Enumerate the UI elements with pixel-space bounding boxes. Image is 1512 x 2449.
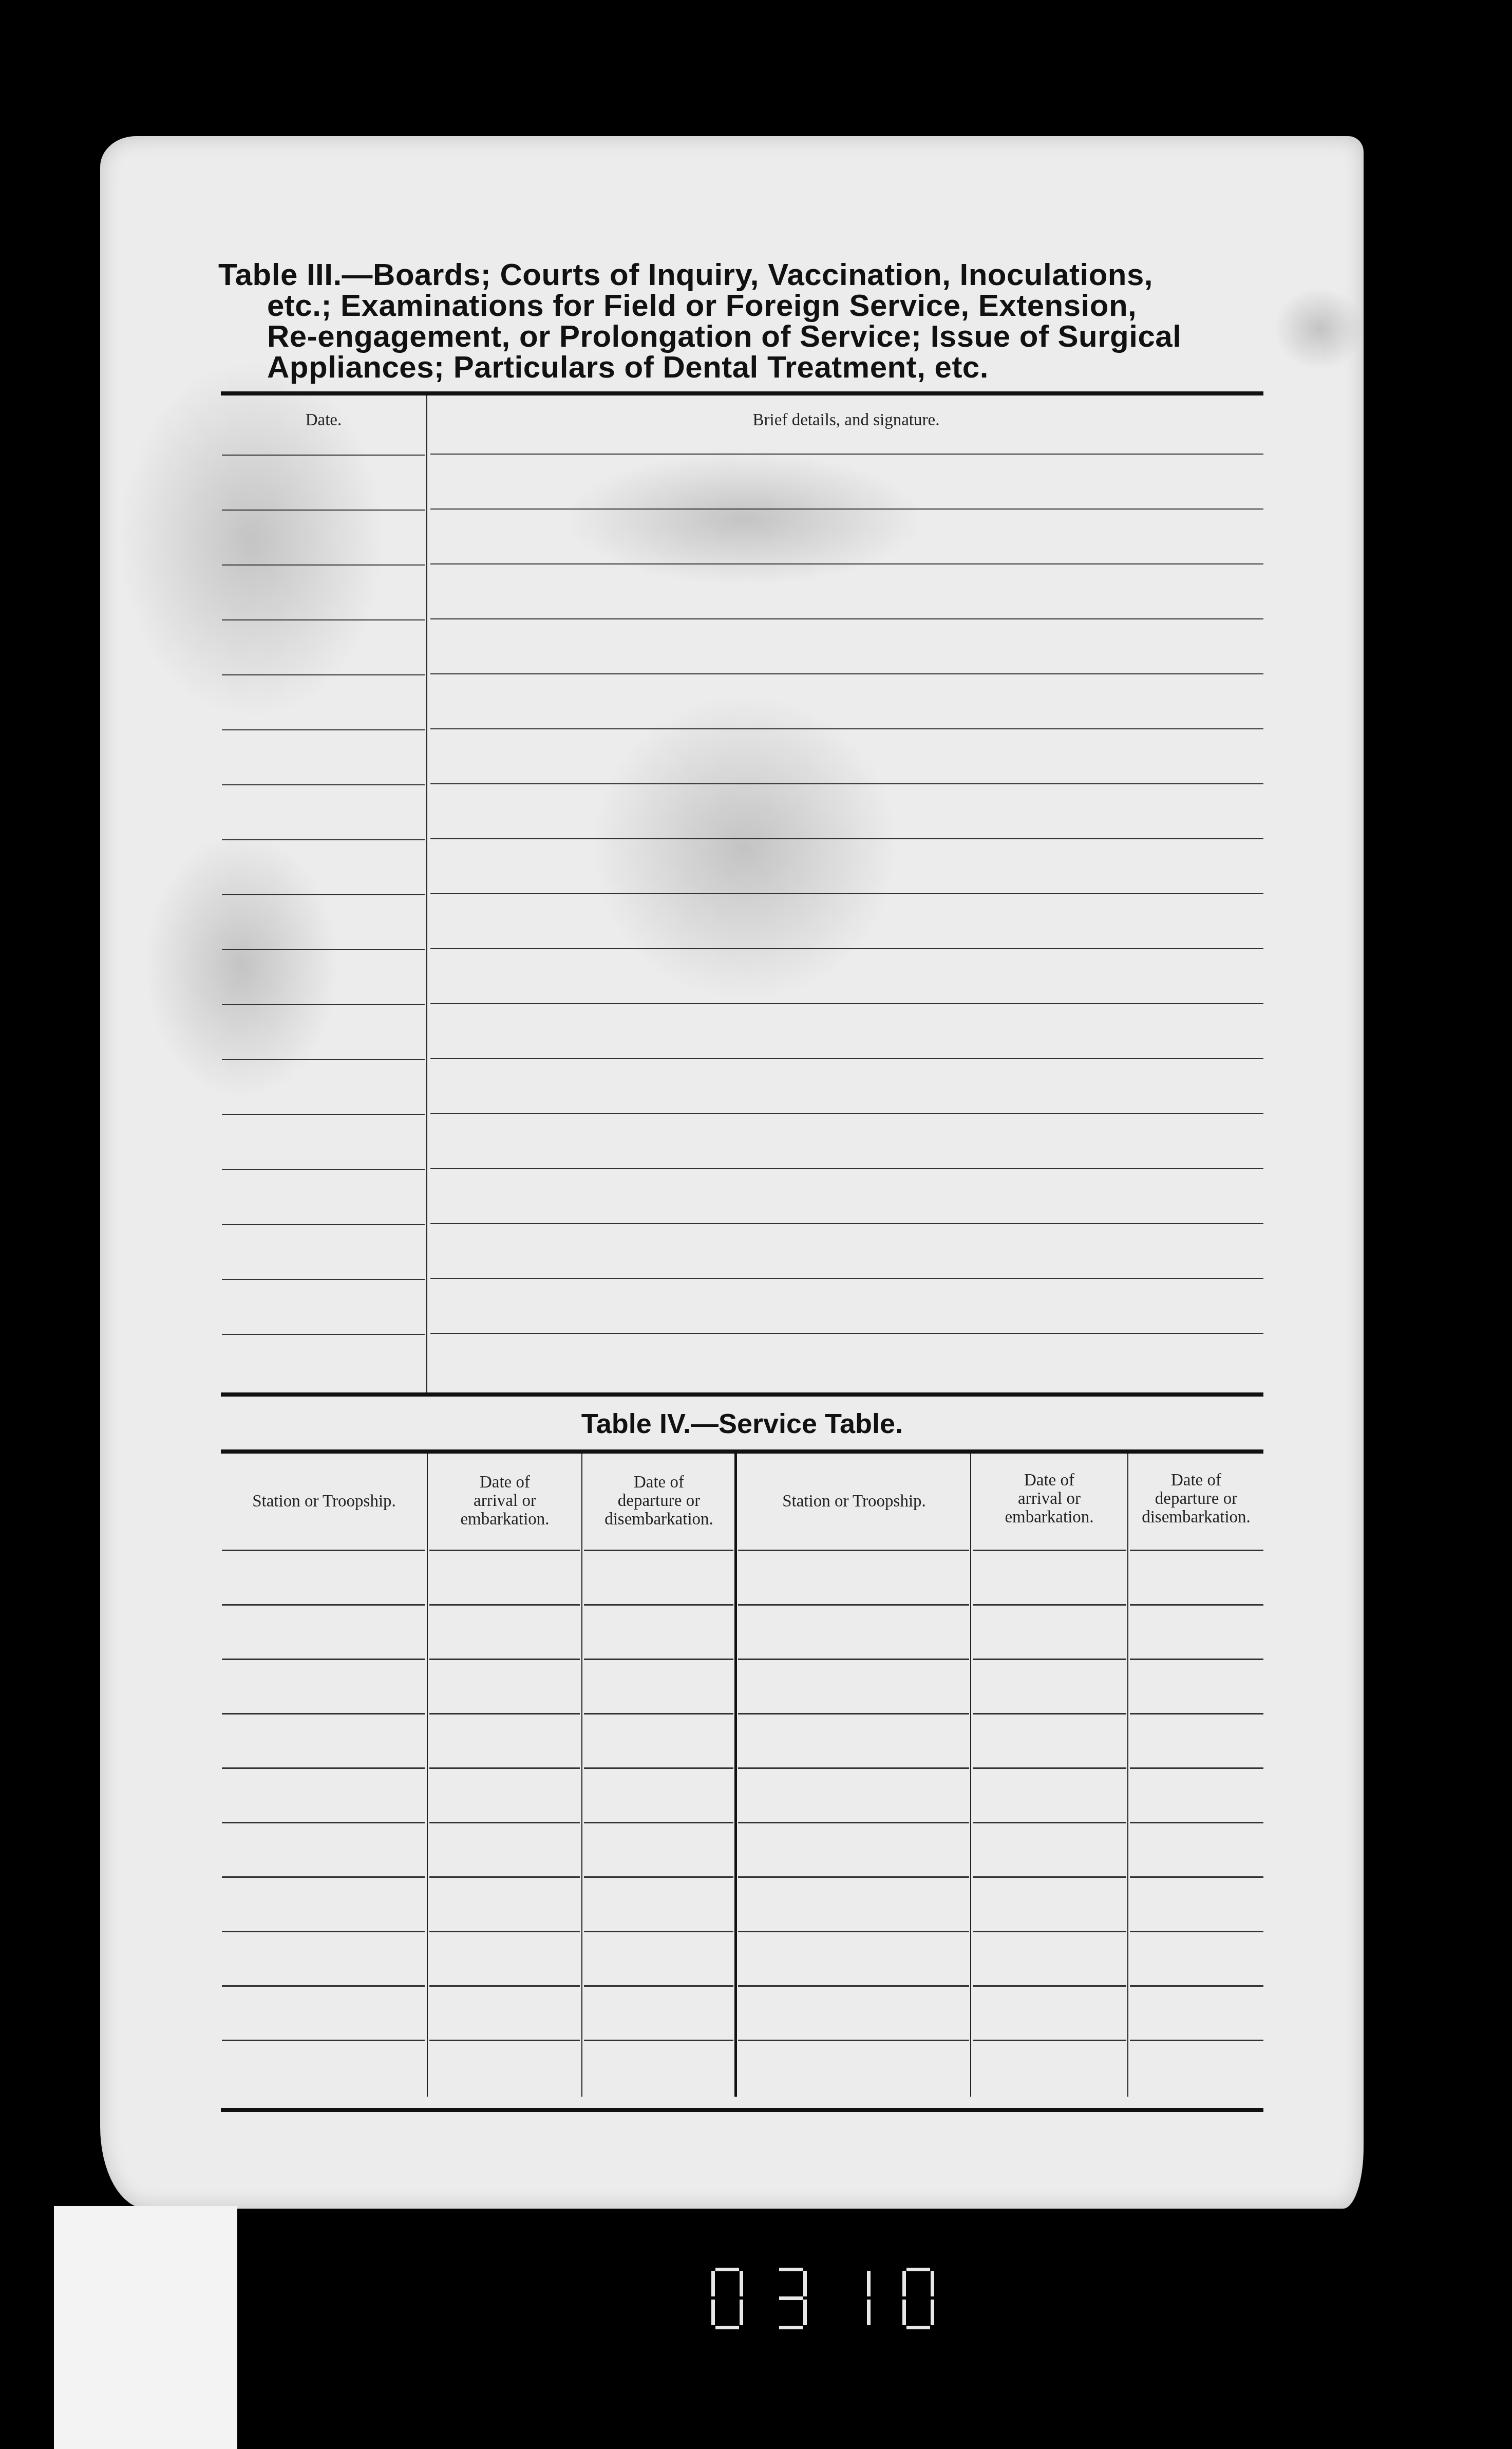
table3-row-rule <box>430 893 1263 894</box>
table3-row-rule <box>222 510 425 511</box>
table3-row-rule <box>430 618 1263 619</box>
table4-row-rule <box>429 1713 580 1715</box>
table3-row-rule <box>430 673 1263 674</box>
table4-row-rule <box>429 1985 580 1987</box>
table4-top-rule <box>221 1449 1263 1454</box>
table4-row-rule <box>973 1931 1126 1932</box>
table4-row-rule <box>1130 1550 1263 1551</box>
table4-row-rule <box>222 1985 425 1987</box>
table3-title-line-2: etc.; Examinations for Field or Foreign … <box>218 290 1266 321</box>
table3-row-rule <box>430 1058 1263 1059</box>
table4-row-rule <box>222 1876 425 1878</box>
table4-row-rule <box>738 2040 969 2041</box>
table3-row-rule <box>430 728 1263 729</box>
table4-row-rule <box>222 1822 425 1823</box>
table4-divider-4 <box>970 1454 971 2097</box>
table3-row-rule <box>222 1059 425 1060</box>
table4-col-station-2: Station or Troopship. <box>738 1492 970 1511</box>
table3-column-divider <box>426 395 427 1395</box>
table3-row-rule <box>222 1279 425 1280</box>
table4-row-rule <box>1130 1931 1263 1932</box>
table4-row-rule <box>738 1550 969 1551</box>
table4-row-rule <box>1130 2040 1263 2041</box>
table4-row-rule <box>584 2040 733 2041</box>
table4-row-rule <box>738 1876 969 1878</box>
table4-row-rule <box>738 1659 969 1660</box>
table3-title-line-4: Appliances; Particulars of Dental Treatm… <box>218 352 1266 383</box>
table3-col-date: Date. <box>221 411 426 429</box>
table4-row-rule <box>973 1659 1126 1660</box>
table4-row-rule <box>429 1822 580 1823</box>
table3-row-rule <box>430 1278 1263 1279</box>
table4-row-rule <box>584 1550 733 1551</box>
table4-divider-1 <box>427 1454 428 2097</box>
table4-row-rule <box>1130 1822 1263 1823</box>
table4-row-rule <box>973 1713 1126 1715</box>
table4-row-rule <box>973 2040 1126 2041</box>
table3-row-rule <box>430 783 1263 784</box>
table4-col-arrival-1: Date of arrival or embarkation. <box>428 1473 581 1529</box>
table3-row-rule <box>222 1224 425 1225</box>
table4-row-rule <box>973 1604 1126 1606</box>
table4-row-rule <box>429 1550 580 1551</box>
table3-row-rule <box>430 1168 1263 1169</box>
table4-divider-2 <box>581 1454 582 2097</box>
table3-row-rule <box>222 455 425 456</box>
table4-row-rule <box>584 1985 733 1987</box>
calibration-card <box>54 2206 237 2449</box>
table4-row-rule <box>973 1767 1126 1769</box>
frame-counter: 0310 <box>711 2268 934 2345</box>
table4-row-rule <box>584 1876 733 1878</box>
table4-row-rule <box>429 1604 580 1606</box>
frame-digit <box>711 2268 743 2329</box>
table3-row-rule <box>430 563 1263 564</box>
table4-row-rule <box>429 1876 580 1878</box>
table4-row-rule <box>429 1659 580 1660</box>
table3-row-rule <box>430 1333 1263 1334</box>
table4-row-rule <box>584 1659 733 1660</box>
table4-row-rule <box>738 1767 969 1769</box>
table4-row-rule <box>738 1985 969 1987</box>
table3-row-rule <box>222 894 425 895</box>
table3-row-rule <box>430 1223 1263 1224</box>
table4-row-rule <box>584 1713 733 1715</box>
table3-row-rule <box>222 1114 425 1115</box>
table4-col-departure-1: Date of departure or disembarkation. <box>583 1473 735 1529</box>
table4-row-rule <box>429 2040 580 2041</box>
table3-row-rule <box>430 838 1263 839</box>
table4-col-arrival-2: Date of arrival or embarkation. <box>972 1471 1127 1527</box>
table3-col-details: Brief details, and signature. <box>429 411 1263 429</box>
table3-top-rule <box>221 391 1263 395</box>
frame-digit <box>775 2268 807 2329</box>
table4-row-rule <box>738 1604 969 1606</box>
table4-row-rule <box>738 1713 969 1715</box>
frame-digit <box>839 2268 871 2329</box>
table4-row-rule <box>222 1931 425 1932</box>
table4-row-rule <box>429 1767 580 1769</box>
table3-row-rule <box>430 1003 1263 1004</box>
table4-row-rule <box>584 1822 733 1823</box>
table4-row-rule <box>1130 1604 1263 1606</box>
table3-row-rule <box>430 508 1263 510</box>
table4-title: Table IV.—Service Table. <box>221 1408 1263 1439</box>
table4-row-rule <box>1130 1659 1263 1660</box>
table4-row-rule <box>738 1822 969 1823</box>
table4-row-rule <box>222 2040 425 2041</box>
table4-row-rule <box>1130 1876 1263 1878</box>
table3-row-rule <box>430 1113 1263 1114</box>
document-page <box>100 136 1364 2209</box>
table3-row-rule <box>430 948 1263 949</box>
table4-bottom-rule <box>221 2108 1263 2112</box>
table3-title-line-1: Table III.—Boards; Courts of Inquiry, Va… <box>218 259 1266 290</box>
table4-divider-5 <box>1127 1454 1128 2097</box>
table3-title-line-3: Re-engagement, or Prolongation of Servic… <box>218 321 1266 352</box>
table4-row-rule <box>584 1767 733 1769</box>
table4-row-rule <box>973 1985 1126 1987</box>
table3-row-rule <box>222 1169 425 1170</box>
table3-row-rule <box>222 729 425 730</box>
table3-row-rule <box>222 949 425 950</box>
table4-center-divider <box>734 1454 737 2097</box>
table4-row-rule <box>222 1767 425 1769</box>
table3-row-rule <box>222 674 425 675</box>
table4-row-rule <box>222 1659 425 1660</box>
table3-row-rule <box>222 564 425 566</box>
table4-row-rule <box>1130 1985 1263 1987</box>
table3-bottom-rule <box>221 1392 1263 1397</box>
table3-row-rule <box>222 1004 425 1005</box>
table4-row-rule <box>584 1604 733 1606</box>
table4-row-rule <box>973 1822 1126 1823</box>
table4-row-rule <box>738 1931 969 1932</box>
table4-row-rule <box>584 1931 733 1932</box>
table4-row-rule <box>1130 1713 1263 1715</box>
table4-row-rule <box>222 1713 425 1715</box>
table4-row-rule <box>973 1550 1126 1551</box>
table3-row-rule <box>222 1334 425 1335</box>
table4-col-station-1: Station or Troopship. <box>222 1492 426 1511</box>
table4-row-rule <box>429 1931 580 1932</box>
table3-row-rule <box>222 619 425 620</box>
table4-col-departure-2: Date of departure or disembarkation. <box>1129 1471 1263 1527</box>
table3-row-rule <box>222 839 425 840</box>
table3-row-rule <box>222 784 425 785</box>
table4-row-rule <box>222 1604 425 1606</box>
table4-row-rule <box>973 1876 1126 1878</box>
table4-row-rule <box>1130 1767 1263 1769</box>
table3-row-rule <box>430 454 1263 455</box>
table4-row-rule <box>222 1550 425 1551</box>
table3-title: Table III.—Boards; Courts of Inquiry, Va… <box>218 259 1266 383</box>
frame-digit <box>902 2268 934 2329</box>
